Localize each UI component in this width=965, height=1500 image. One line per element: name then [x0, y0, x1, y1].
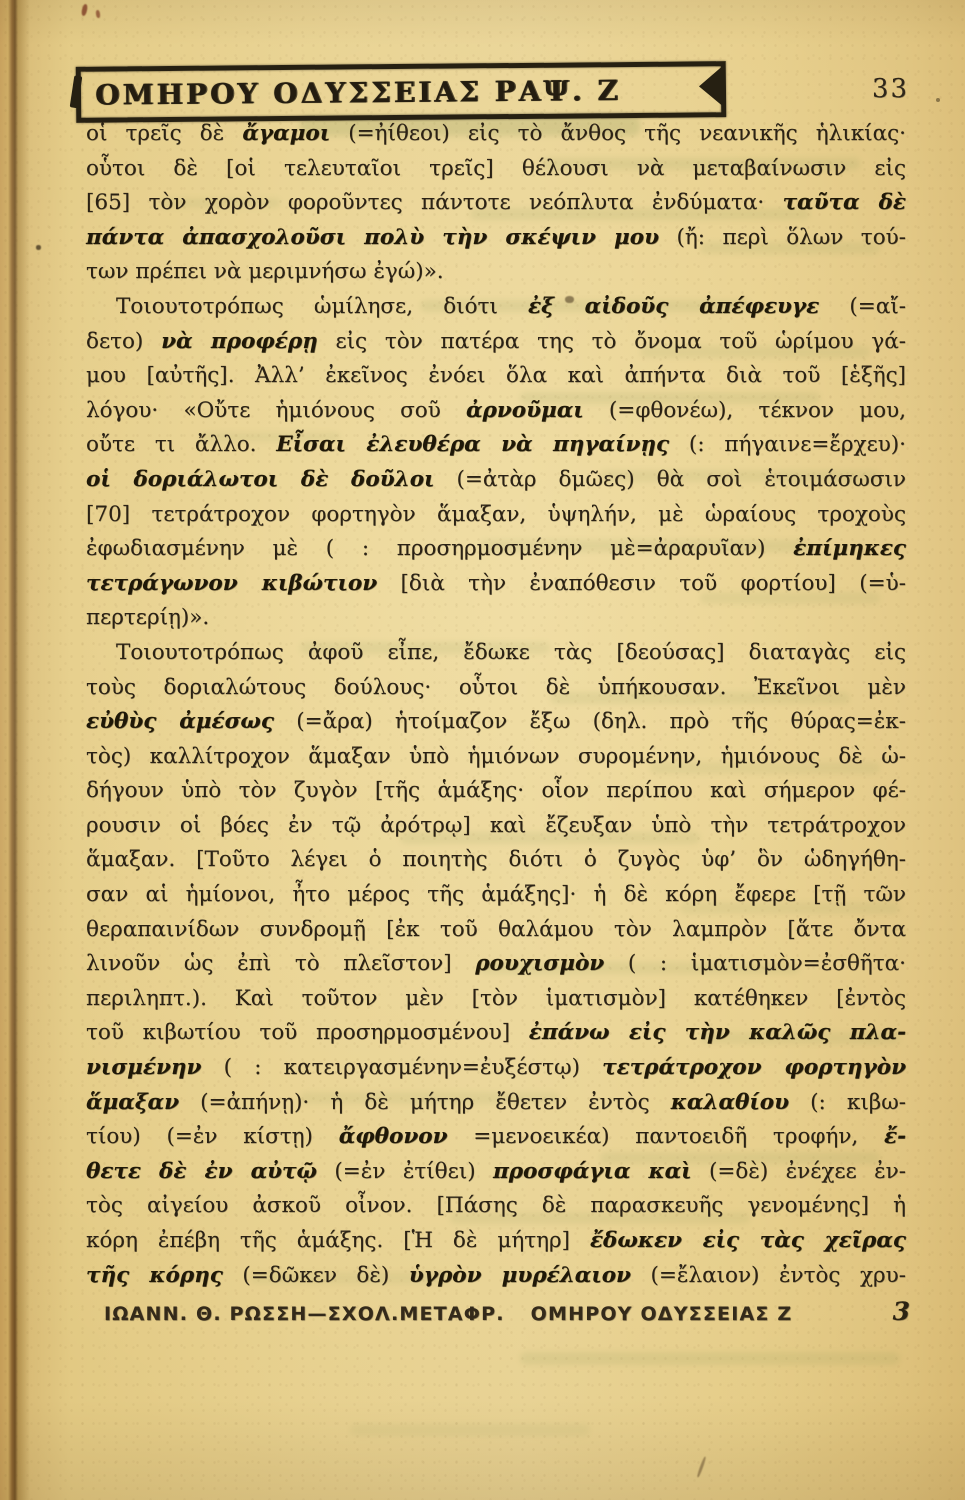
text-line: θεραπαινίδων συνδρομῇ [ἐκ τοῦ θαλάμου τὸ…	[86, 913, 906, 948]
text-line: περτερίῃ)».	[86, 601, 906, 636]
text-line: ἐφωδιασμένην μὲ ( : προσηρμοσμένην μὲ=ἀρ…	[86, 532, 906, 567]
text-line: ἅμαξαν (=ἀπήνῃ)· ἡ δὲ μήτηρ ἔθετεν ἐντὸς…	[86, 1086, 906, 1121]
page-number: 33	[872, 74, 909, 104]
ink-speck	[81, 4, 88, 17]
text-line: δετο) νὰ προφέρῃ εἰς τὸν πατέρα της τὸ ὄ…	[86, 325, 906, 360]
text-line: πάντα ἀπασχολοῦσι πολὺ τὴν σκέψιν μου (ἤ…	[86, 221, 906, 256]
text-line: σαν αἱ ἡμίονοι, ἦτο μέρος τῆς ἁμάξης]· ἡ…	[86, 878, 906, 913]
footer-running-title: ΙΩΑΝΝ. Θ. ΡΩΣΣΗ—ΣΧΟΛ.ΜΕΤΑΦΡ. ΟΜΗΡΟΥ ΟΔΥΣ…	[104, 1303, 792, 1325]
text-line: κόρη ἐπέβη τῆς ἁμάξης. [Ἡ δὲ μήτηρ] ἔδωκ…	[86, 1224, 906, 1259]
ink-speck	[36, 245, 41, 250]
ink-speck	[936, 98, 940, 102]
text-line: νισμένην ( : κατειργασμένην=ἐυξέστῳ) τετ…	[86, 1051, 906, 1086]
book-page: ΟΜΗΡΟΥ ΟΔΥΣΣΕΙΑΣ ΡΑΨ. Ζ 33 οἱ τρεῖς δὲ ἄ…	[0, 0, 965, 1500]
text-line: [65] τὸν χορὸν φοροῦντες πάντοτε νεόπλυτ…	[86, 186, 906, 221]
text-line: τὸς) καλλίτροχον ἅμαξαν ὑπὸ ἡμιόνων συρο…	[86, 740, 906, 775]
text-line: περιληπτ.). Καὶ τοῦτον μὲν [τὸν ἱματισμὸ…	[86, 982, 906, 1017]
text-line: οἱ δοριάλωτοι δὲ δοῦλοι (=ἀτὰρ δμῶες) θὰ…	[86, 463, 906, 498]
footer-author: ΙΩΑΝΝ. Θ. ΡΩΣΣΗ—ΣΧΟΛ.ΜΕΤΑΦΡ.	[104, 1303, 505, 1325]
text-line: εὐθὺς ἀμέσως (=ἄρα) ἡτοίμαζον ἔξω (δηλ. …	[86, 705, 906, 740]
ink-speck	[696, 1456, 706, 1478]
text-line: ἅμαξαν. [Τοῦτο λέγει ὁ ποιητὴς διότι ὁ ζ…	[86, 843, 906, 878]
text-line: Τοιουτοτρόπως ἀφοῦ εἶπε, ἔδωκε τὰς [δεού…	[86, 636, 906, 671]
text-line: τετράγωνον κιβώτιον [διὰ τὴν ἐναπόθεσιν …	[86, 567, 906, 602]
title-stamp-box: ΟΜΗΡΟΥ ΟΔΥΣΣΕΙΑΣ ΡΑΨ. Ζ	[76, 61, 726, 123]
text-line: τίου) (=ἐν κίστῃ) ἄφθονον =μενοεικέα) πα…	[86, 1120, 906, 1155]
text-line: μου [αὐτῆς]. Ἀλλ’ ἐκεῖνος ἐνόει ὅλα καὶ …	[86, 359, 906, 394]
text-line: οὗτοι δὲ [οἱ τελευταῖοι τρεῖς] θέλουσι ν…	[86, 152, 906, 187]
text-line: ρουσιν οἱ βόες ἐν τῷ ἀρότρῳ] καὶ ἔζευξαν…	[86, 809, 906, 844]
footer: ΙΩΑΝΝ. Θ. ΡΩΣΣΗ—ΣΧΟΛ.ΜΕΤΑΦΡ. ΟΜΗΡΟΥ ΟΔΥΣ…	[104, 1297, 910, 1326]
text-line: των πρέπει νὰ μεριμνήσω ἐγώ)».	[86, 255, 906, 290]
page-title: ΟΜΗΡΟΥ ΟΔΥΣΣΕΙΑΣ ΡΑΨ. Ζ	[81, 74, 621, 112]
text-line: τοὺς δοριαλώτους δούλους· οὗτοι δὲ ὑπήκο…	[86, 671, 906, 706]
body-text: οἱ τρεῖς δὲ ἄγαμοι (=ἠίθεοι) εἰς τὸ ἄνθο…	[86, 117, 906, 1293]
text-line: θετε δὲ ἐν αὐτῷ (=ἐν ἐτίθει) προσφάγια κ…	[86, 1155, 906, 1190]
text-line: τὸς αἰγείου ἀσκοῦ οἶνον. [Πάσης δὲ παρασ…	[86, 1189, 906, 1224]
text-line: [70] τετράτροχον φορτηγὸν ἅμαξαν, ὑψηλήν…	[86, 498, 906, 533]
footer-series: ΟΜΗΡΟΥ ΟΔΥΣΣΕΙΑΣ Ζ	[531, 1303, 793, 1325]
ink-speck	[95, 10, 100, 18]
text-line: Τοιουτοτρόπως ὡμίλησε, διότι ἐξ αἰδοῦς ἀ…	[86, 290, 906, 325]
text-line: τῆς κόρης (=δῶκεν δὲ) ὑγρὸν μυρέλαιον (=…	[86, 1259, 906, 1294]
text-line: λόγου· «Οὔτε ἡμιόνους σοῦ ἀρνοῦμαι (=φθο…	[86, 394, 906, 429]
text-line: δήγουν ὑπὸ τὸν ζυγὸν [τῆς ἁμάξης· οἷον π…	[86, 774, 906, 809]
footer-sheet-number: 3	[893, 1297, 910, 1326]
text-line: οὔτε τι ἄλλο. Εἶσαι ἐλευθέρα νὰ πηγαίνῃς…	[86, 428, 906, 463]
text-line: τοῦ κιβωτίου τοῦ προσηρμοσμένου] ἐπάνω ε…	[86, 1016, 906, 1051]
text-line: λινοῦν ὡς ἐπὶ τὸ πλεῖστον] ρουχισμὸν ( :…	[86, 947, 906, 982]
text-line: οἱ τρεῖς δὲ ἄγαμοι (=ἠίθεοι) εἰς τὸ ἄνθο…	[86, 117, 906, 152]
